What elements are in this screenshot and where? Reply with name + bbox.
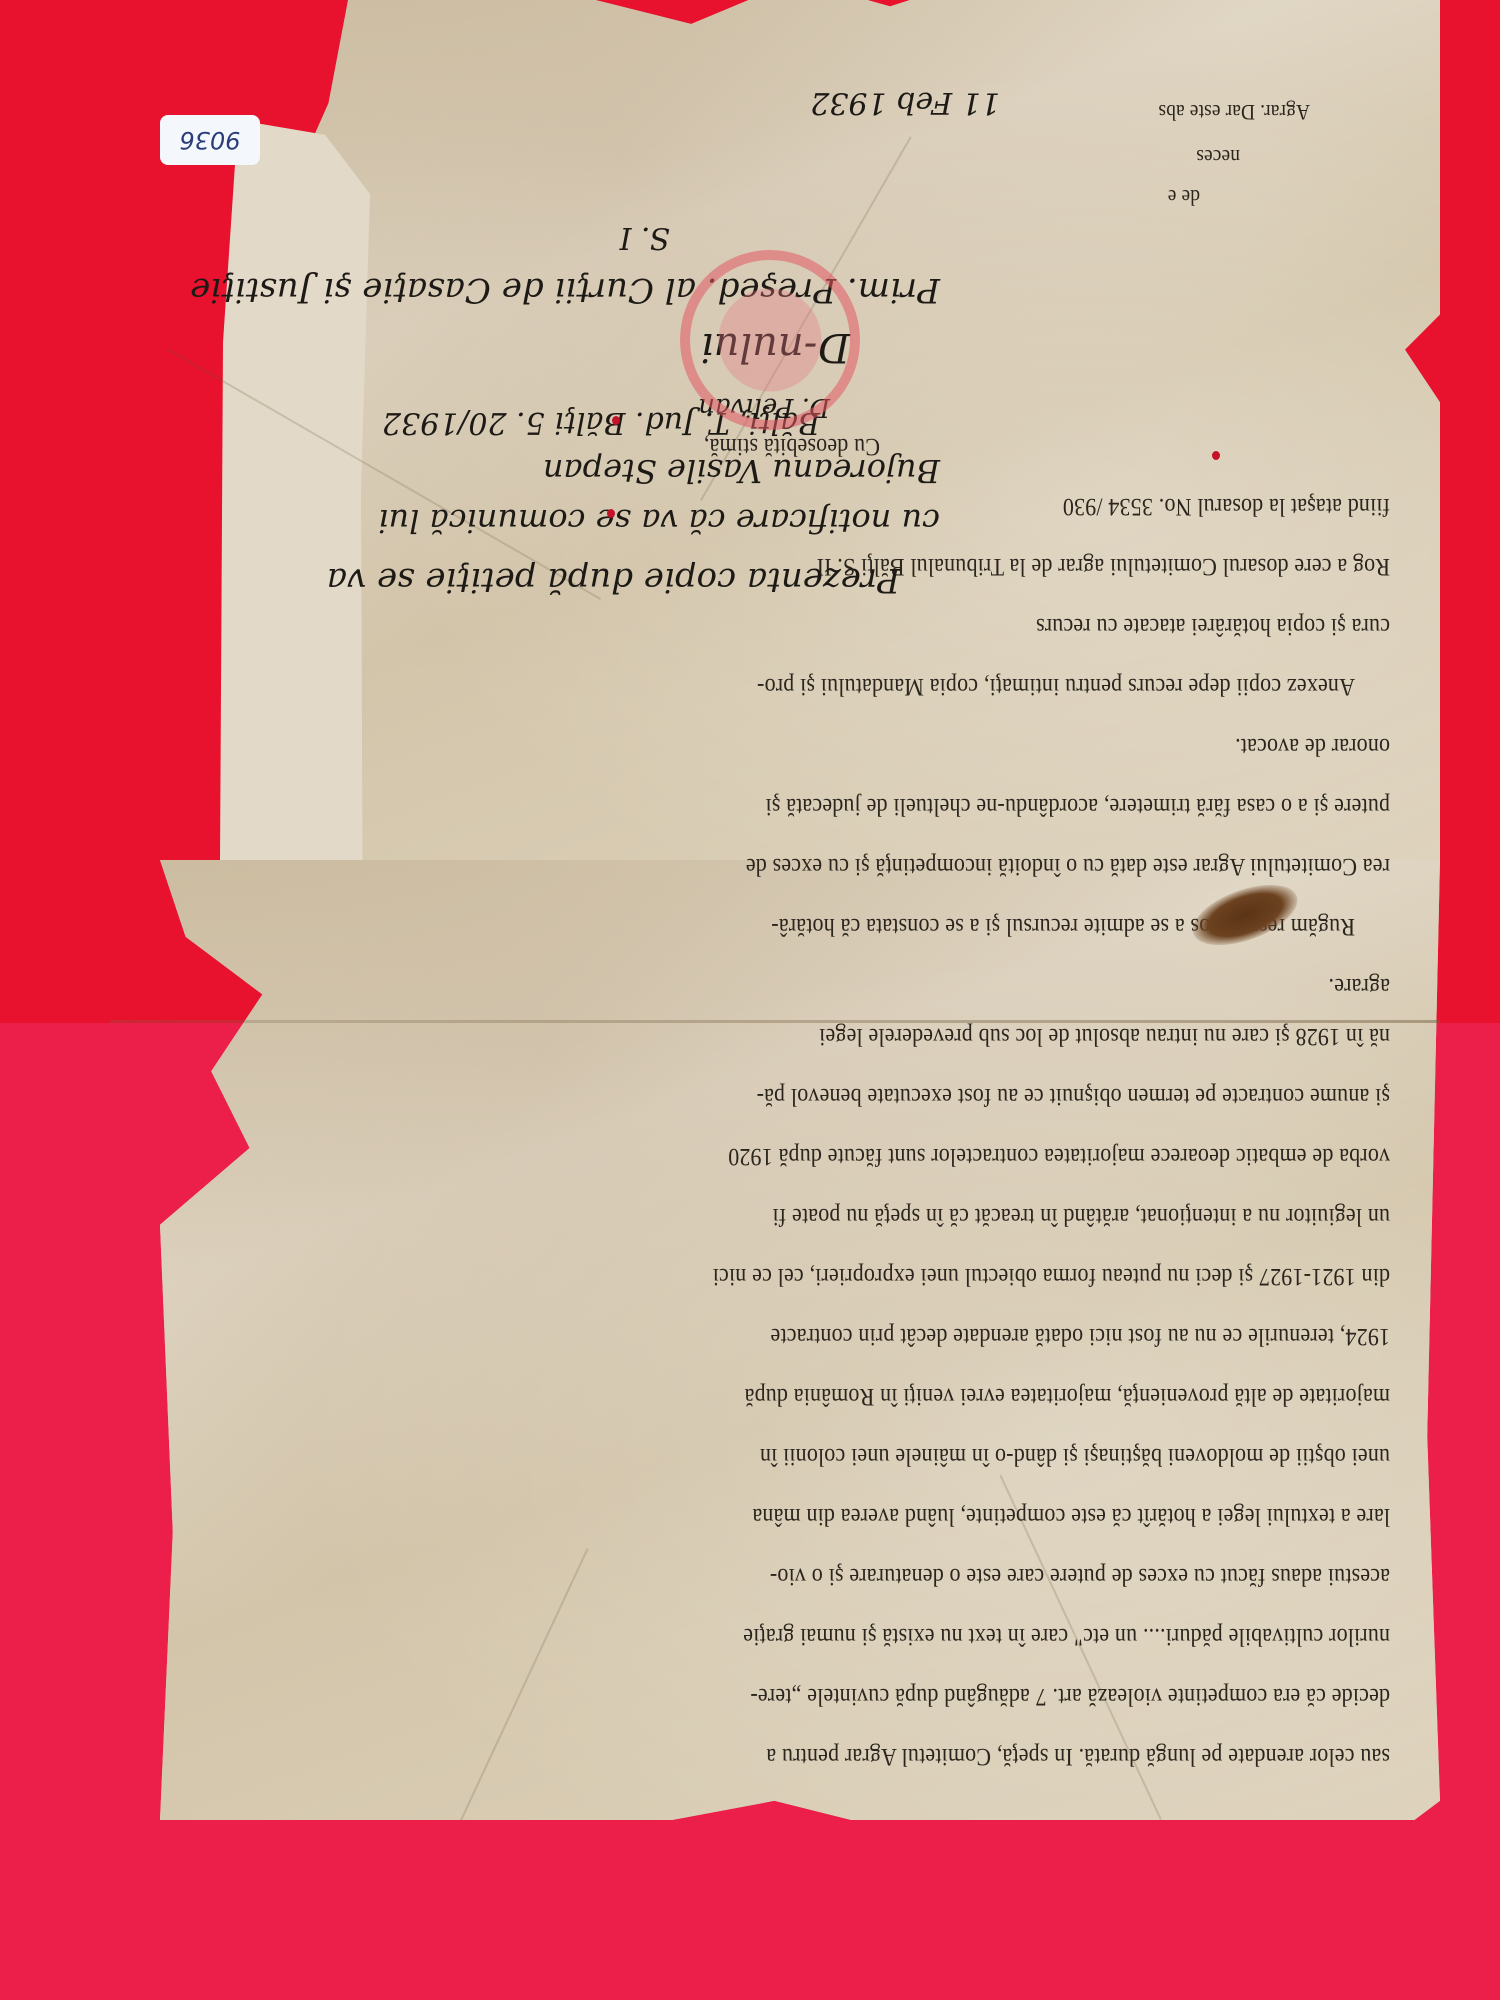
typed-line: majoritate de altă provenienţă, majorita… xyxy=(744,1382,1390,1410)
typed-line: lare a textului legei a hotărît că este … xyxy=(752,1502,1390,1530)
typed-line: şi anume contracte pe termen obişnuit ce… xyxy=(756,1082,1390,1110)
fragment-line: de e xyxy=(1168,184,1200,210)
typed-line: acestui adaus făcut cu exces de putere c… xyxy=(770,1562,1390,1590)
typed-line: Anexez copii depe recurs pentru intimaţi… xyxy=(757,672,1355,700)
paper-torn-fragment xyxy=(220,120,370,860)
typed-line: Rog a cere dosarul Comitetului agrar de … xyxy=(816,552,1390,580)
typed-line: nă în 1928 şi care nu intrau absolut de … xyxy=(819,1022,1390,1050)
typed-line: nurilor cultivabile păduri.... un etc" c… xyxy=(743,1622,1390,1650)
note-line: Bujoreanu Vasile Stepan xyxy=(543,452,940,490)
typed-line: 1924, terenurile ce nu au fost nici odat… xyxy=(770,1322,1390,1350)
typed-line: agrare. xyxy=(1328,972,1390,1000)
fragment-line: Agrar. Dar este abs xyxy=(1158,99,1310,125)
red-wax-dot xyxy=(612,416,620,425)
red-wax-dot xyxy=(607,509,615,518)
typed-line: vorba de embatic deoarece majoritatea co… xyxy=(728,1142,1390,1170)
archive-number-label: 9036 xyxy=(160,115,260,165)
date-day: 11 xyxy=(962,85,1000,120)
address-line: S. I xyxy=(620,220,670,255)
typed-line: din 1921-1927 şi deci nu puteau forma ob… xyxy=(713,1262,1390,1290)
red-wax-dot xyxy=(1212,451,1220,460)
note-line: Prezenta copie după petiţie se va xyxy=(327,560,900,600)
document-rotated: sau celor arendate pe lungă durată. In s… xyxy=(0,0,1500,2000)
date-month: Feb xyxy=(896,85,952,120)
typed-line: sau celor arendate pe lungă durată. In s… xyxy=(766,1742,1390,1770)
red-seal-stamp xyxy=(680,250,860,430)
typed-line: putere şi a o casa fără trimetere, acord… xyxy=(765,792,1390,820)
note-line: cu notificare că va se comunică lui xyxy=(378,502,940,540)
typed-line: unei obştii de moldoveni băştinaşi şi dâ… xyxy=(760,1442,1390,1470)
typed-line: rea Comitetului Agrar este dată cu o înd… xyxy=(746,852,1390,880)
typed-line: un legiuitor nu a intenţionat, arătând î… xyxy=(772,1202,1390,1230)
typed-line: decide că era competinte violează art. 7… xyxy=(750,1682,1390,1710)
typed-line: fiind ataşat la dosarul No. 3534 /930 xyxy=(1063,492,1390,520)
typed-line: onorar de avocat. xyxy=(1235,732,1390,760)
handwritten-date: 11 Feb 1932 xyxy=(810,85,1000,120)
typed-line: cura şi copia hotărârei atacate cu recur… xyxy=(1036,612,1390,640)
date-year: 1932 xyxy=(810,85,886,120)
fragment-line: neces xyxy=(1196,144,1240,170)
